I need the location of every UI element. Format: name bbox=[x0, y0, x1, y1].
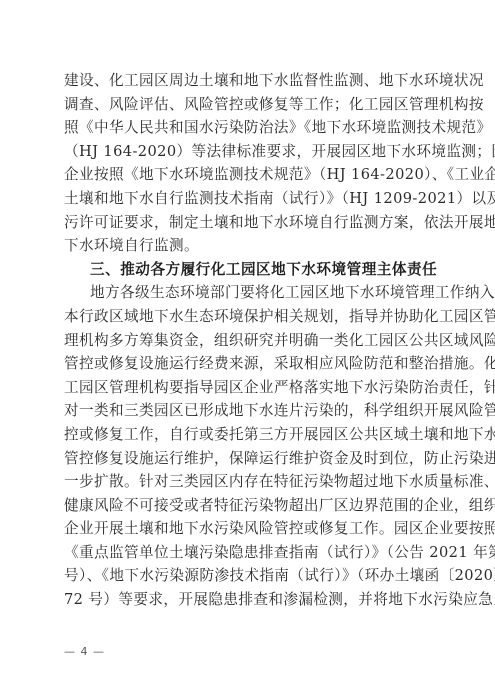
text-line: 工园区管理机构要指导园区企业严格落实地下水污染防治责任，针 bbox=[64, 376, 432, 400]
text-line: 管控修复设施运行维护，保障运行维护资金及时到位，防止污染进 bbox=[64, 447, 432, 471]
text-line: 下水环境自行监测。 bbox=[64, 234, 432, 258]
text-line: 理机构多方筹集资金，组织研究并明确一类化工园区公共区域风险 bbox=[64, 329, 432, 353]
document-page: 建设、化工园区周边土壤和地下水监督性监测、地下水环境状况 调查、风险评估、风险管… bbox=[0, 0, 495, 700]
text-line: 本行政区域地下水生态环境保护相关规划，指导并协助化工园区管 bbox=[64, 305, 432, 329]
text-line: （HJ 164-2020）等法律标准要求，开展园区地下水环境监测；园区 bbox=[64, 140, 432, 164]
text-line: 72 号）等要求，开展隐患排查和渗漏检测，并将地下水污染应急工 bbox=[64, 588, 432, 612]
body-text: 建设、化工园区周边土壤和地下水监督性监测、地下水环境状况 调查、风险评估、风险管… bbox=[64, 69, 432, 612]
text-line: 企业按照《地下水环境监测技术规范》（HJ 164-2020）、《工业企业 bbox=[64, 163, 432, 187]
text-line: 企业开展土壤和地下水污染风险管控或修复工作。园区企业要按照 bbox=[64, 517, 432, 541]
text-line: 号）、《地下水污染源防渗技术指南（试行）》（环办土壤函〔2020〕 bbox=[64, 564, 432, 588]
text-line: 一步扩散。针对三类园区内存在特征污染物超过地下水质量标准、 bbox=[64, 470, 432, 494]
text-line: 健康风险不可接受或者特征污染物超出厂区边界范围的企业，组织 bbox=[64, 494, 432, 518]
text-line: 污许可证要求，制定土壤和地下水环境自行监测方案，依法开展地 bbox=[64, 211, 432, 235]
text-line: 地方各级生态环境部门要将化工园区地下水环境管理工作纳入 bbox=[64, 281, 432, 305]
text-line: 《重点监管单位土壤污染隐患排查指南（试行）》（公告 2021 年第 1 bbox=[64, 541, 432, 565]
text-line: 土壤和地下水自行监测技术指南（试行）》（HJ 1209-2021）以及排 bbox=[64, 187, 432, 211]
text-line: 照《中华人民共和国水污染防治法》《地下水环境监测技术规范》 bbox=[64, 116, 432, 140]
page-number: — 4 — bbox=[64, 645, 105, 658]
text-line: 控或修复工作，自行或委托第三方开展园区公共区域土壤和地下水 bbox=[64, 423, 432, 447]
text-line: 建设、化工园区周边土壤和地下水监督性监测、地下水环境状况 bbox=[64, 69, 432, 93]
text-line: 管控或修复设施运行经费来源，采取相应风险防范和整治措施。化 bbox=[64, 352, 432, 376]
text-line: 调查、风险评估、风险管控或修复等工作；化工园区管理机构按 bbox=[64, 93, 432, 117]
section-heading: 三、推动各方履行化工园区地下水环境管理主体责任 bbox=[64, 258, 432, 282]
text-line: 对一类和三类园区已形成地下水连片污染的，科学组织开展风险管 bbox=[64, 399, 432, 423]
